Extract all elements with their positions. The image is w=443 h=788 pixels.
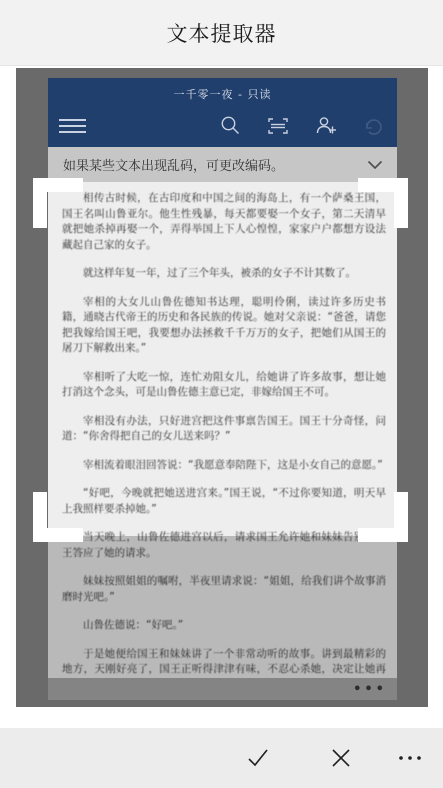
app-header: 文本提取器 [0,0,443,66]
document-paragraph: 宰相听了大吃一惊，连忙劝阻女儿，给她讲了许多故事，想让她打消这个念头，可是山鲁佐… [62,370,386,401]
crop-handle-bottom-right[interactable] [358,492,408,542]
ellipsis-icon [396,744,424,772]
chevron-down-icon [367,160,383,170]
share-person-icon [313,113,339,139]
undo-disabled-icon [361,113,387,139]
hamburger-menu-icon [59,115,86,137]
accept-button[interactable] [236,736,280,780]
document-paragraph: 宰相没有办法，只好进宫把这件事禀告国王。国王十分奇怪，问道：“你舍得把自己的女儿… [62,414,386,445]
capture-window-title: 一千零一夜 - 只读 [174,86,272,104]
capture-command-icons [217,104,387,147]
encoding-notice-bar: 如果某些文本出现乱码，可更改编码。 [48,147,397,182]
document-paragraph: 宰相流着眼泪回答说：“我愿意奉陪陛下，这是小女自己的意愿。” [62,458,386,474]
bottom-command-bar [0,728,443,788]
close-icon [328,745,354,771]
crop-handle-top-left[interactable] [33,178,83,228]
capture-titlebar: 一千零一夜 - 只读 [48,78,397,104]
document-paragraph: “好吧，今晚就把她送进宫来。”国王说，“不过你要知道，明天早上我照样要杀掉她。” [62,486,386,517]
document-paragraph: 宰相的大女儿山鲁佐德知书达理，聪明伶俐，读过许多历史书籍，通晓古代帝王的历史和各… [62,295,386,357]
reflow-view-icon [265,113,291,139]
document-paragraph: 就这样年复一年，过了三个年头，被杀的女子不计其数了。 [62,266,386,282]
capture-commandbar [48,104,397,147]
crop-handle-bottom-left[interactable] [33,492,83,542]
cancel-button[interactable] [319,736,363,780]
crop-dim-overlay [48,536,397,700]
more-options-button[interactable] [388,736,432,780]
check-icon [244,744,272,772]
search-icon [217,113,243,139]
document-paragraph: 相传古时候，在古印度和中国之间的海岛上，有一个萨桑王国，国王名叫山鲁亚尔。他生性… [62,191,386,253]
text-extractor-screen: 文本提取器 一千零一夜 - 只读 [0,0,443,788]
crop-handle-top-right[interactable] [358,178,408,228]
captured-screenshot-preview: 一千零一夜 - 只读 [48,78,397,700]
encoding-notice-text: 如果某些文本出现乱码，可更改编码。 [63,155,367,174]
page-title: 文本提取器 [167,18,277,48]
crop-workspace: 一千零一夜 - 只读 [16,68,428,707]
